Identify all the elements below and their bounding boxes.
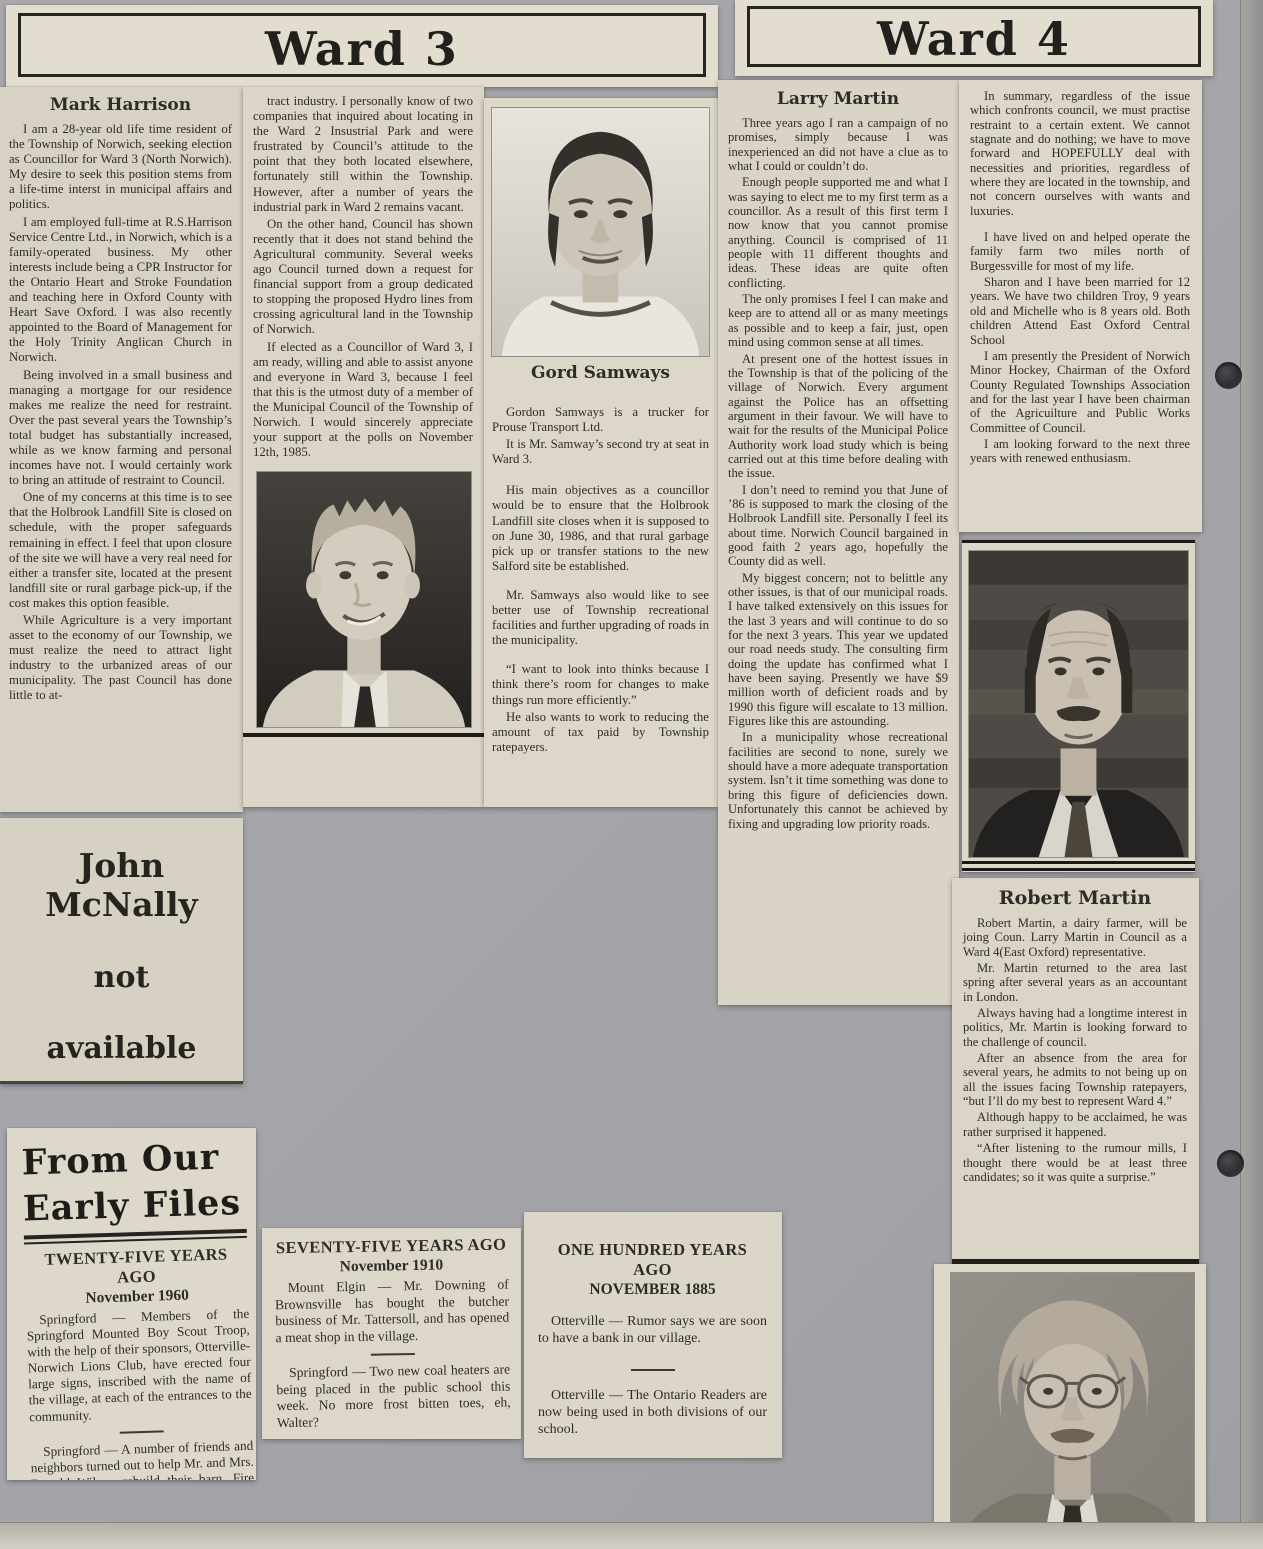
article-paragraph: Always having had a longtime interest in…	[963, 1006, 1187, 1049]
article-paragraph: If elected as a Councillor of Ward 3, I …	[253, 340, 473, 461]
early-files-clipping: From Our Early Files TWENTY-FIVE YEARS A…	[7, 1128, 256, 1480]
item-separator	[371, 1353, 415, 1356]
article-paragraph: I am presently the President of Norwich …	[970, 349, 1190, 435]
section-heading: TWENTY-FIVE YEARS AGO	[24, 1244, 248, 1291]
article-paragraph: “After listening to the rumour mills, I …	[963, 1141, 1187, 1184]
ward4-title: Ward 4	[750, 12, 1198, 66]
larry-martin-photo-clipping	[962, 540, 1195, 872]
larry-martin-article-col1: Larry Martin Three years ago I ran a cam…	[718, 80, 959, 1005]
article-paragraph: Being involved in a small business and m…	[9, 368, 232, 489]
article-paragraph: It is Mr. Samway’s second try at seat in…	[492, 437, 709, 467]
article-paragraph: Although happy to be acclaimed, he was r…	[963, 1110, 1187, 1139]
news-item: Springford — A number of friends and nei…	[30, 1437, 255, 1480]
news-item: Otterville — Rumor says we are soon to h…	[538, 1313, 767, 1347]
article-paragraph: Mr. Samways also would like to see bette…	[492, 588, 709, 648]
article-paragraph: Sharon and I have been married for 12 ye…	[970, 275, 1190, 347]
article-paragraph: After an absence from the area for sever…	[963, 1051, 1187, 1108]
article-paragraph: On the other hand, Council has shown rec…	[253, 217, 473, 338]
article-paragraph: Enough people supported me and what I wa…	[728, 175, 948, 290]
section-date: November 1910	[274, 1256, 508, 1278]
article-paragraph: In summary, regardless of the issue whic…	[970, 89, 1190, 218]
page-bottom-edge	[0, 1522, 1263, 1549]
article-paragraph: I am employed full-time at R.S.Harrison …	[9, 215, 232, 366]
article-paragraph: I am looking forward to the next three y…	[970, 437, 1190, 466]
article-paragraph: In a municipality whose recreational fac…	[728, 730, 948, 830]
robert-martin-photo	[951, 1273, 1194, 1549]
article-paragraph: Mr. Martin returned to the area last spr…	[963, 961, 1187, 1004]
article-paragraph: I have lived on and helped operate the f…	[970, 230, 1190, 273]
larry-martin-photo	[969, 551, 1188, 857]
early-files-title-line1: From Our	[21, 1134, 245, 1186]
article-paragraph: At present one of the hottest issues in …	[728, 352, 948, 481]
robert-martin-photo-clipping	[934, 1264, 1206, 1549]
photo-bottom-rule	[962, 861, 1195, 871]
news-item: Mount Elgin — Mr. Downing of Brownsville…	[275, 1277, 510, 1347]
article-paragraph: “I want to look into thinks because I th…	[492, 662, 709, 707]
section-date: NOVEMBER 1885	[538, 1281, 767, 1299]
gord-samways-photo	[492, 108, 709, 356]
article-paragraph: While Agriculture is a very important as…	[9, 613, 232, 704]
scrapbook-page: Ward 3 Ward 4 Mark Harrison I am a 28-ye…	[0, 0, 1263, 1549]
early-files-title-line2: Early Files	[22, 1179, 246, 1231]
section-heading: SEVENTY-FIVE YEARS AGO	[274, 1235, 508, 1259]
article-paragraph: Robert Martin, a dairy farmer, will be j…	[963, 916, 1187, 959]
ward3-headline-box: Ward 3	[18, 13, 706, 77]
article-paragraph: I don’t need to remind you that June of …	[728, 483, 948, 569]
ward3-headline-clipping: Ward 3	[6, 5, 718, 87]
news-item: Springford — Two new coal heaters are be…	[276, 1362, 511, 1432]
page-right-edge	[1240, 0, 1263, 1549]
one-hundred-years-clipping: ONE HUNDRED YEARS AGO NOVEMBER 1885 Otte…	[524, 1212, 782, 1458]
mark-harrison-article-col1: Mark Harrison I am a 28-year old life ti…	[0, 87, 243, 812]
mcnally-name: John McNally	[0, 846, 243, 924]
larry-martin-summary-col: In summary, regardless of the issue whic…	[959, 80, 1202, 532]
john-mcnally-notice: John McNally not available	[0, 818, 243, 1084]
article-paragraph: One of my concerns at this time is to se…	[9, 490, 232, 611]
mark-harrison-photo	[257, 472, 471, 727]
binder-hole	[1217, 1150, 1244, 1177]
article-paragraph: The only promises I feel I can make and …	[728, 292, 948, 349]
larry-martin-byline: Larry Martin	[728, 89, 948, 109]
item-separator	[631, 1369, 675, 1371]
ward3-title: Ward 3	[21, 22, 703, 76]
column-bottom-rule	[243, 733, 484, 737]
mark-harrison-article-col2: tract industry. I personally know of two…	[243, 87, 484, 807]
article-paragraph: tract industry. I personally know of two…	[253, 94, 473, 215]
mcnally-line: available	[0, 1031, 243, 1066]
item-separator	[119, 1430, 163, 1433]
ward4-headline-clipping: Ward 4	[735, 0, 1213, 76]
article-paragraph: Gordon Samways is a trucker for Prouse T…	[492, 405, 709, 435]
gord-samways-caption: Gord Samways	[492, 363, 709, 383]
robert-martin-heading: Robert Martin	[963, 887, 1187, 909]
mcnally-line: not	[0, 960, 243, 995]
article-paragraph: He also wants to work to reducing the am…	[492, 710, 709, 755]
news-item: Springford — Members of the Springford M…	[26, 1306, 252, 1425]
mark-harrison-byline: Mark Harrison	[9, 95, 232, 115]
article-paragraph: I am a 28-year old life time resident of…	[9, 122, 232, 213]
section-heading: ONE HUNDRED YEARS AGO	[538, 1240, 767, 1280]
binder-hole	[1215, 362, 1242, 389]
article-paragraph: My biggest concern; not to belittle any …	[728, 571, 948, 729]
seventy-five-years-clipping: SEVENTY-FIVE YEARS AGO November 1910 Mou…	[262, 1228, 521, 1439]
robert-martin-article: Robert Martin Robert Martin, a dairy far…	[952, 878, 1199, 1264]
article-paragraph: His main objectives as a councillor woul…	[492, 483, 709, 574]
news-item: Otterville — The Ontario Readers are now…	[538, 1387, 767, 1438]
ward4-headline-box: Ward 4	[747, 6, 1201, 67]
gord-samways-article: Gord Samways Gordon Samways is a trucker…	[484, 98, 718, 807]
article-paragraph: Three years ago I ran a campaign of no p…	[728, 116, 948, 173]
